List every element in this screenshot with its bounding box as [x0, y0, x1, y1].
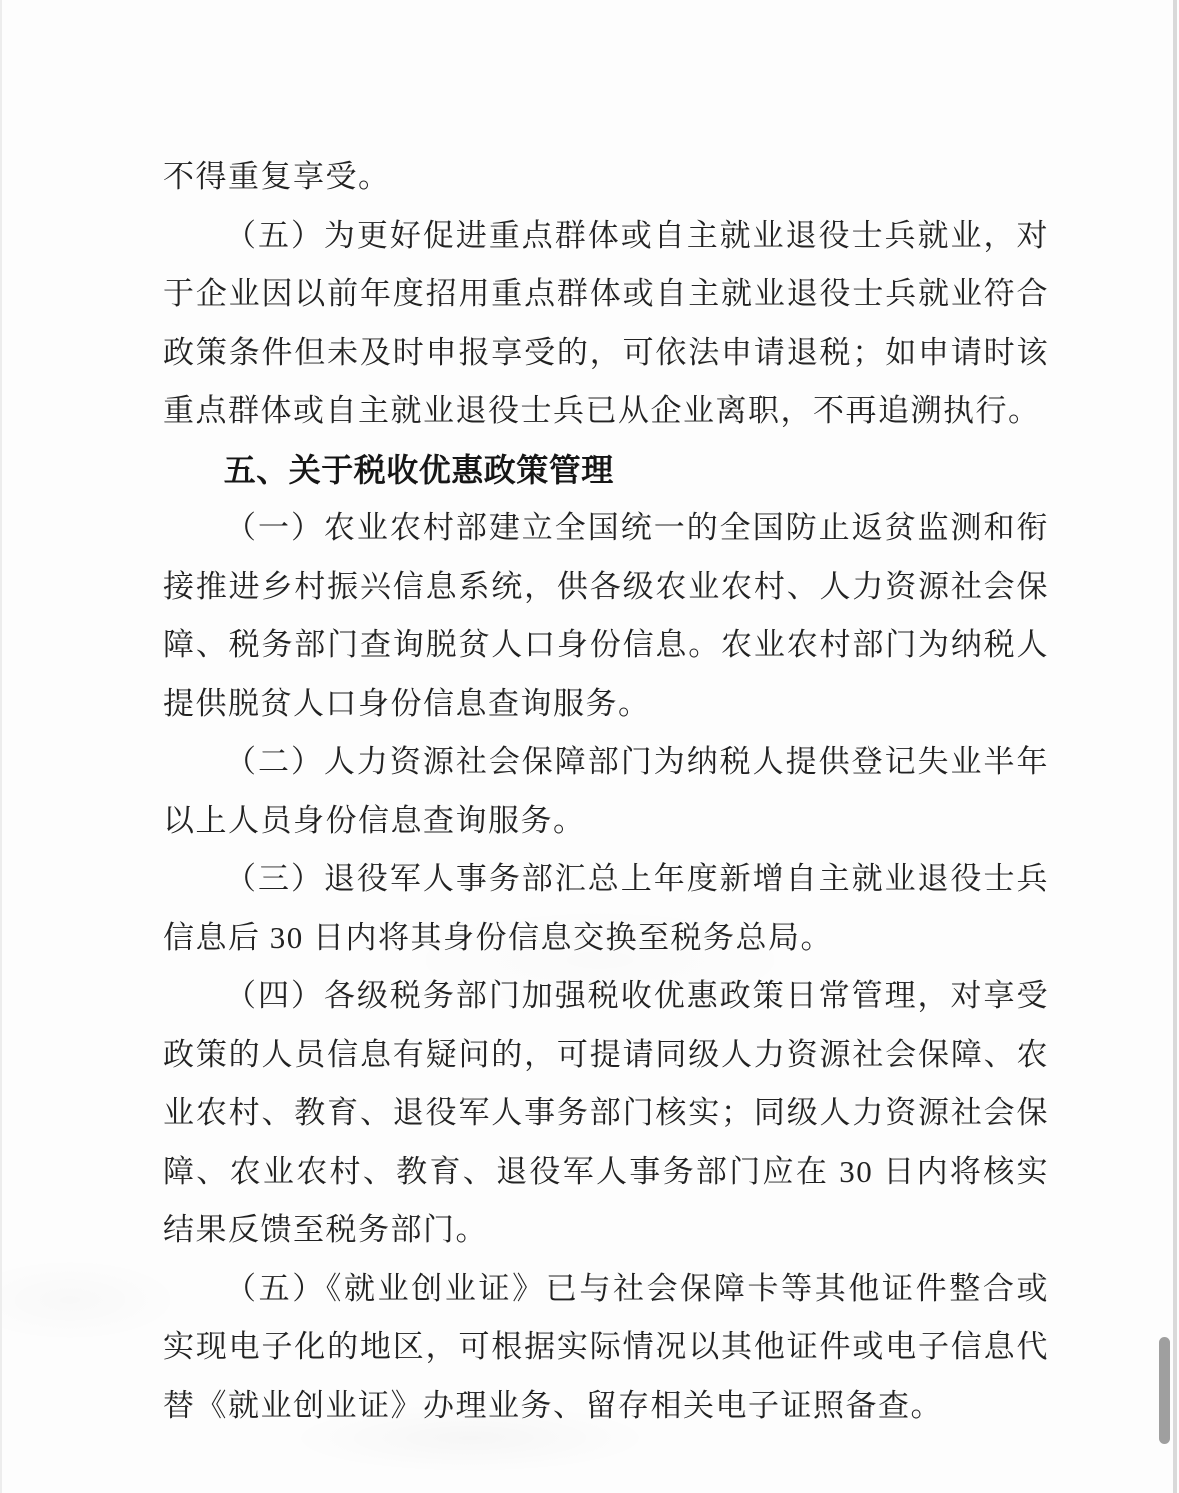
document-viewer: { "colors": { "page-bg": "#fdfdfd", "tex… — [0, 0, 1179, 1493]
paragraph: （三）退役军人事务部汇总上年度新增自主就业退役士兵信息后 30 日内将其身份信息… — [163, 850, 1049, 967]
scrollbar-thumb[interactable] — [1159, 1337, 1170, 1444]
paragraph: （四）各级税务部门加强税收优惠政策日常管理，对享受政策的人员信息有疑问的，可提请… — [163, 967, 1049, 1260]
document-body: 不得重复享受。 （五）为更好促进重点群体或自主就业退役士兵就业，对于企业因以前年… — [163, 148, 1049, 1435]
paragraph: （二）人力资源社会保障部门为纳税人提供登记失业半年以上人员身份信息查询服务。 — [163, 733, 1049, 850]
paragraph: （一）农业农村部建立全国统一的全国防止返贫监测和衔接推进乡村振兴信息系统，供各级… — [163, 499, 1049, 733]
section-heading: 五、关于税收优惠政策管理 — [163, 441, 1049, 500]
paragraph: （五）《就业创业证》已与社会保障卡等其他证件整合或实现电子化的地区，可根据实际情… — [163, 1260, 1049, 1436]
paragraph: （五）为更好促进重点群体或自主就业退役士兵就业，对于企业因以前年度招用重点群体或… — [163, 207, 1049, 441]
page-left-edge — [0, 0, 2, 1493]
scanned-page: 不得重复享受。 （五）为更好促进重点群体或自主就业退役士兵就业，对于企业因以前年… — [0, 0, 1179, 1493]
paragraph-continuation: 不得重复享受。 — [163, 148, 1049, 207]
page-right-edge — [1173, 0, 1177, 1493]
